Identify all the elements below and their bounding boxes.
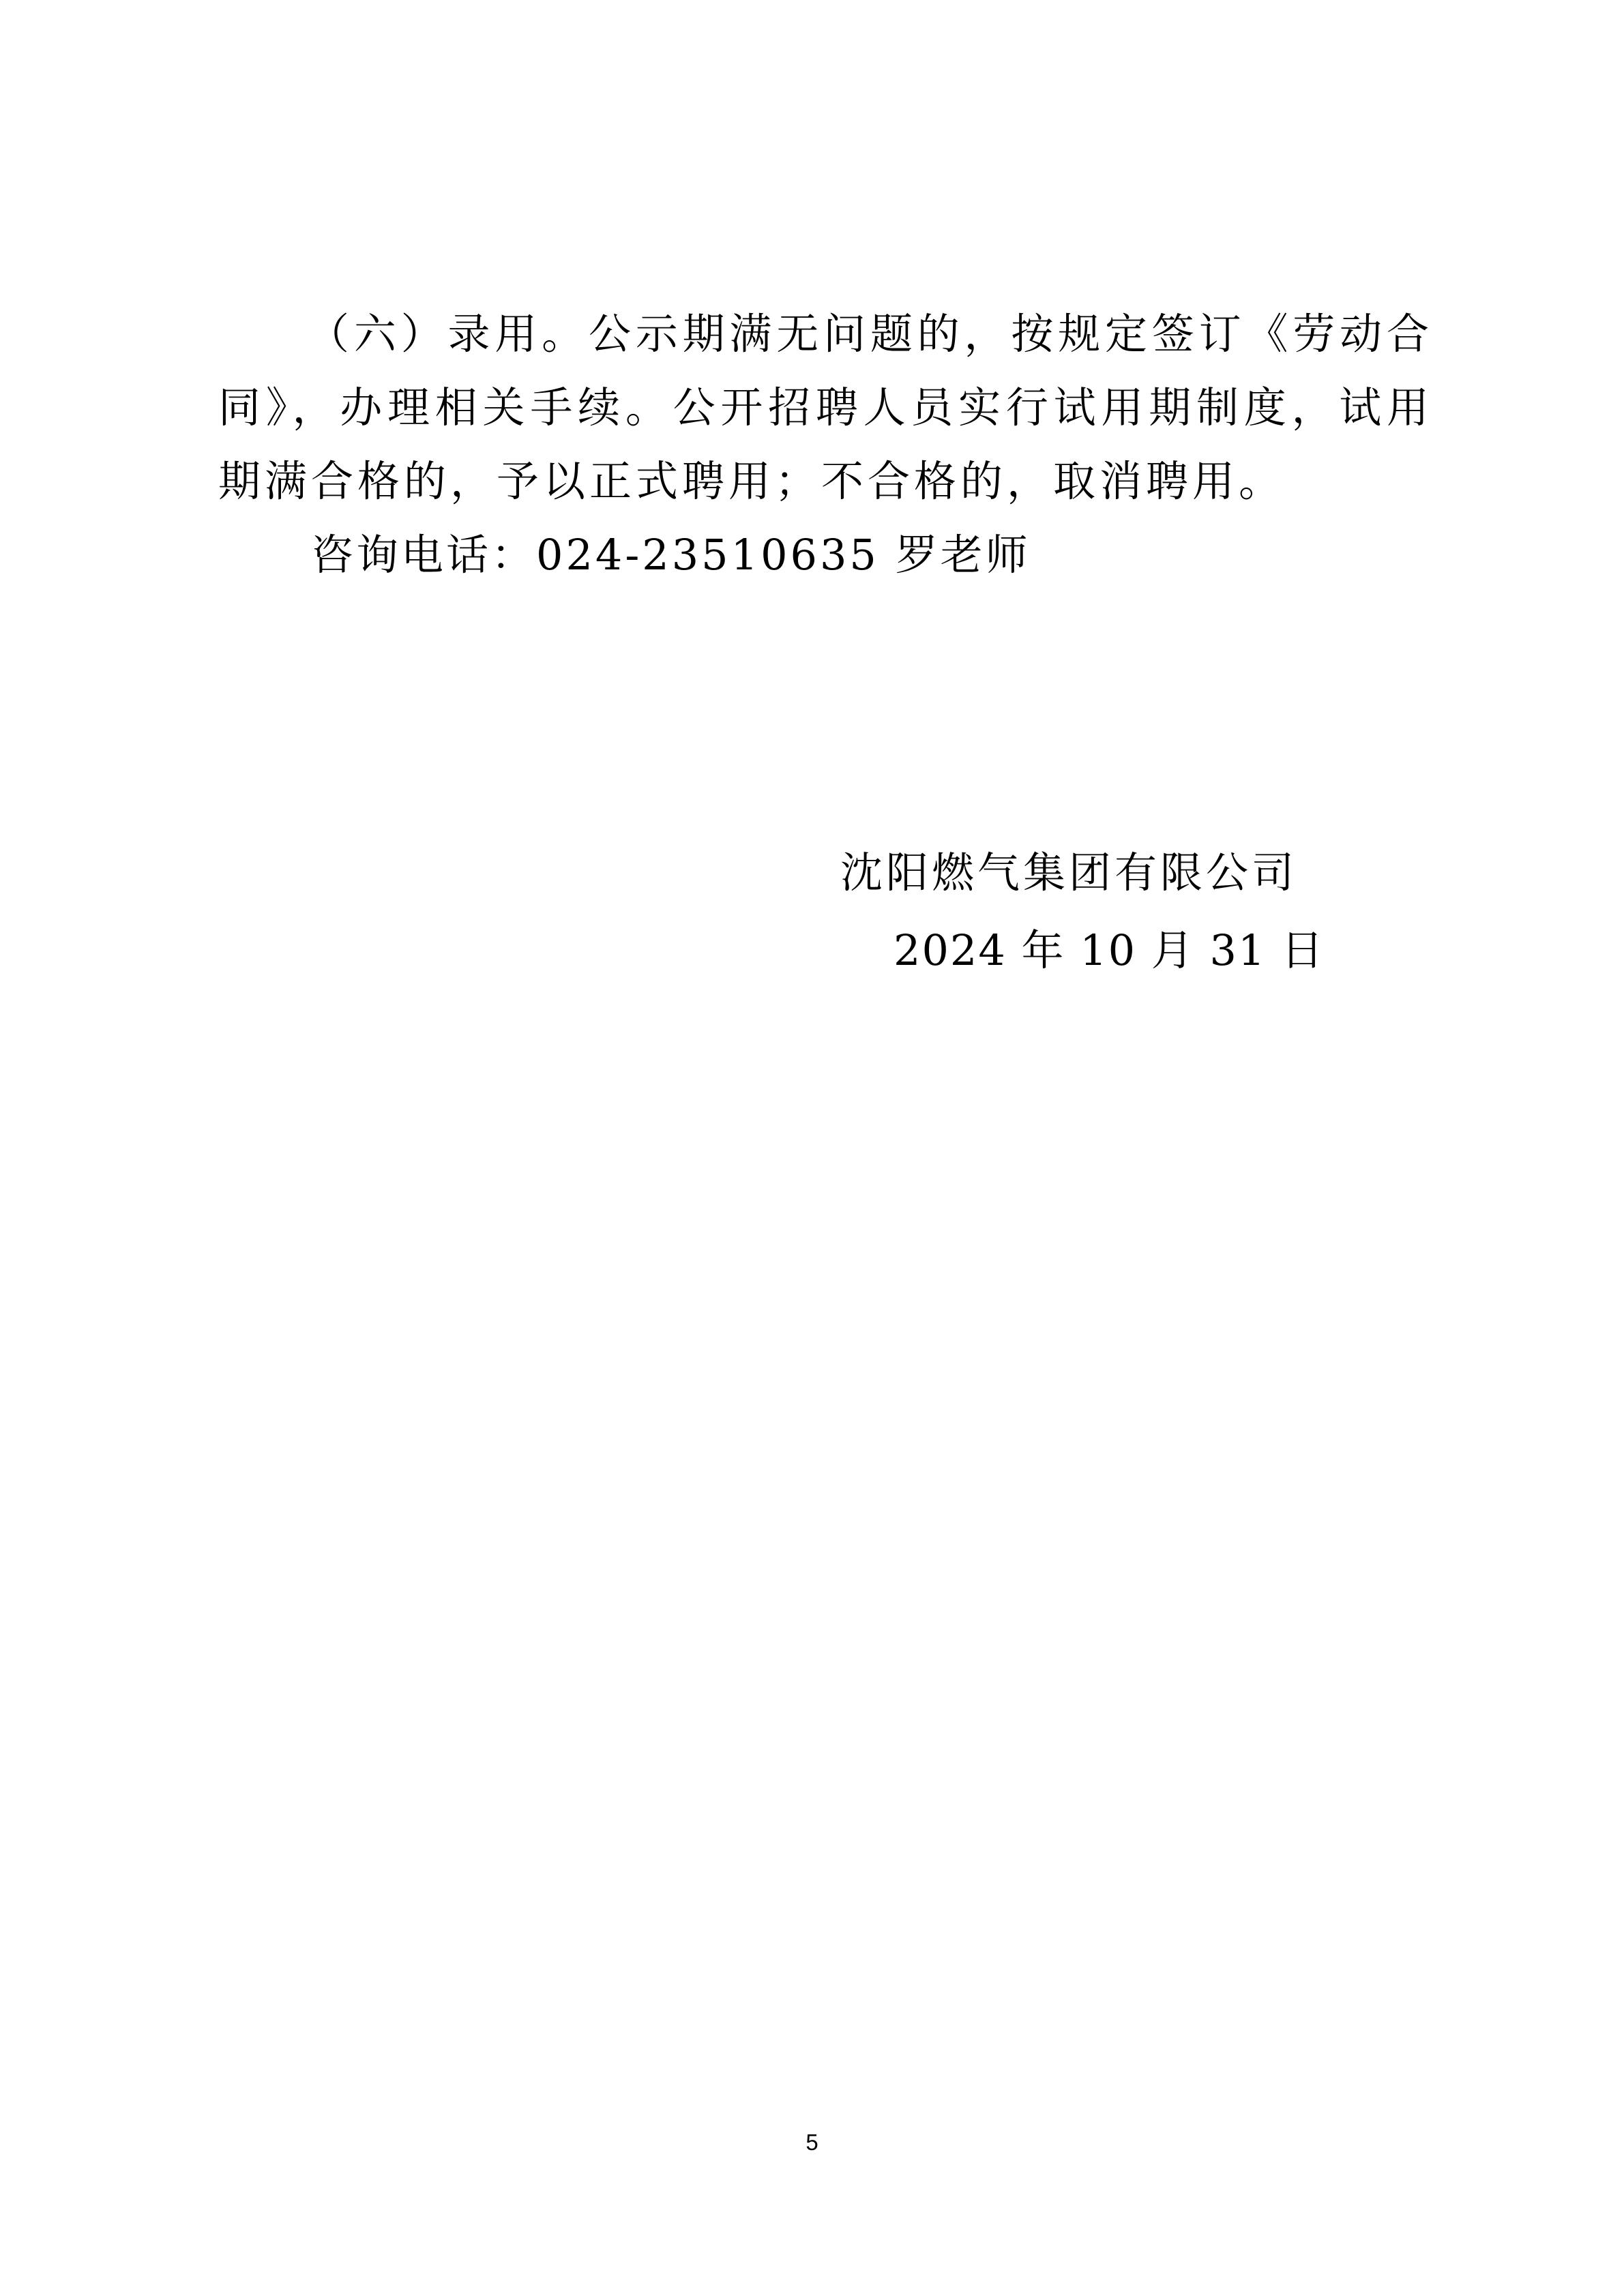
paragraph-line-1: （六）录用。公示期满无问题的，按规定签订《劳动合 bbox=[218, 297, 1429, 371]
signature-date: 2024 年 10 月 31 日 bbox=[894, 914, 1325, 987]
recruitment-clause-paragraph: （六）录用。公示期满无问题的，按规定签订《劳动合 同》，办理相关手续。公开招聘人… bbox=[218, 297, 1429, 518]
page-number: 5 bbox=[0, 2129, 1624, 2156]
document-page: （六）录用。公示期满无问题的，按规定签订《劳动合 同》，办理相关手续。公开招聘人… bbox=[0, 0, 1624, 2296]
paragraph-line-3: 期满合格的，予以正式聘用；不合格的，取消聘用。 bbox=[218, 445, 1429, 518]
contact-phone-line: 咨询电话：024-23510635 罗老师 bbox=[218, 518, 1429, 592]
paragraph-line-2: 同》，办理相关手续。公开招聘人员实行试用期制度，试用 bbox=[218, 371, 1429, 445]
signature-organization: 沈阳燃气集团有限公司 bbox=[840, 836, 1297, 910]
